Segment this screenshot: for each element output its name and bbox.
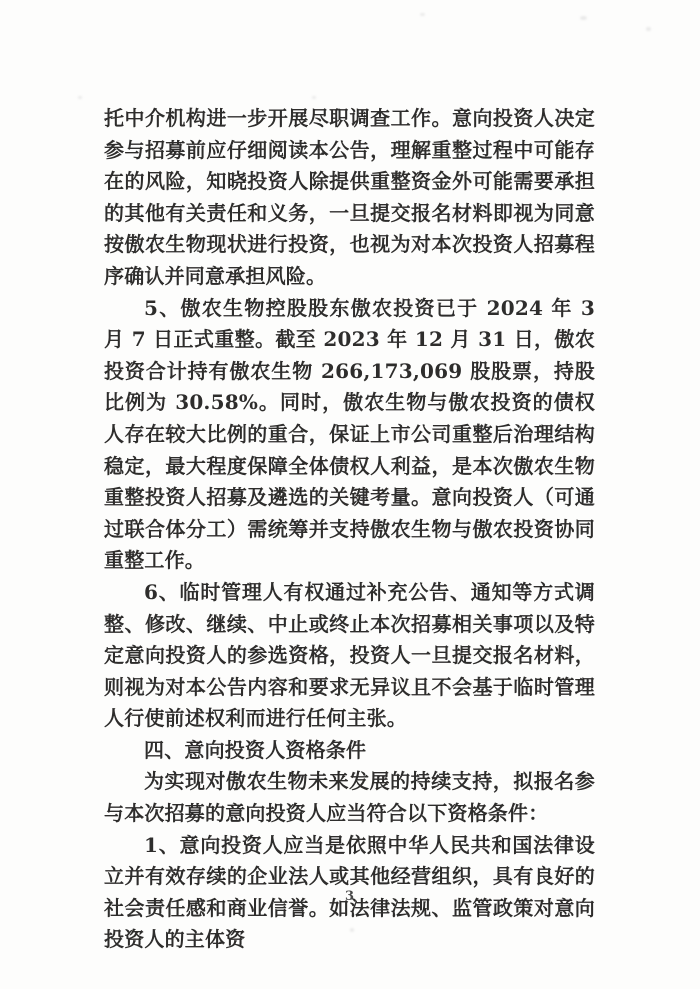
paragraph-item-5: 5、傲农生物控股股东傲农投资已于 2024 年 3 月 7 日正式重整。截至 2… xyxy=(104,293,595,577)
page-number: 3 xyxy=(104,889,595,904)
scan-artifact xyxy=(646,27,651,31)
scan-artifact xyxy=(312,96,316,99)
scan-artifact xyxy=(580,16,587,20)
paragraph-qualification-intro: 为实现对傲农生物未来发展的持续支持，拟报名参与本次招募的意向投资人应当符合以下资… xyxy=(104,766,595,829)
scan-artifact xyxy=(78,96,82,99)
paragraph-item-6: 6、临时管理人有权通过补充公告、通知等方式调整、修改、继续、中止或终止本次招募相… xyxy=(104,577,595,735)
document-text-block: 托中介机构进一步开展尽职调查工作。意向投资人决定参与招募前应仔细阅读本公告，理解… xyxy=(104,103,595,956)
paragraph-continuation: 托中介机构进一步开展尽职调查工作。意向投资人决定参与招募前应仔细阅读本公告，理解… xyxy=(104,103,595,293)
document-page: 托中介机构进一步开展尽职调查工作。意向投资人决定参与招募前应仔细阅读本公告，理解… xyxy=(0,0,700,989)
section-heading-investor-qualification: 四、意向投资人资格条件 xyxy=(104,735,595,767)
scan-artifact xyxy=(420,13,425,16)
